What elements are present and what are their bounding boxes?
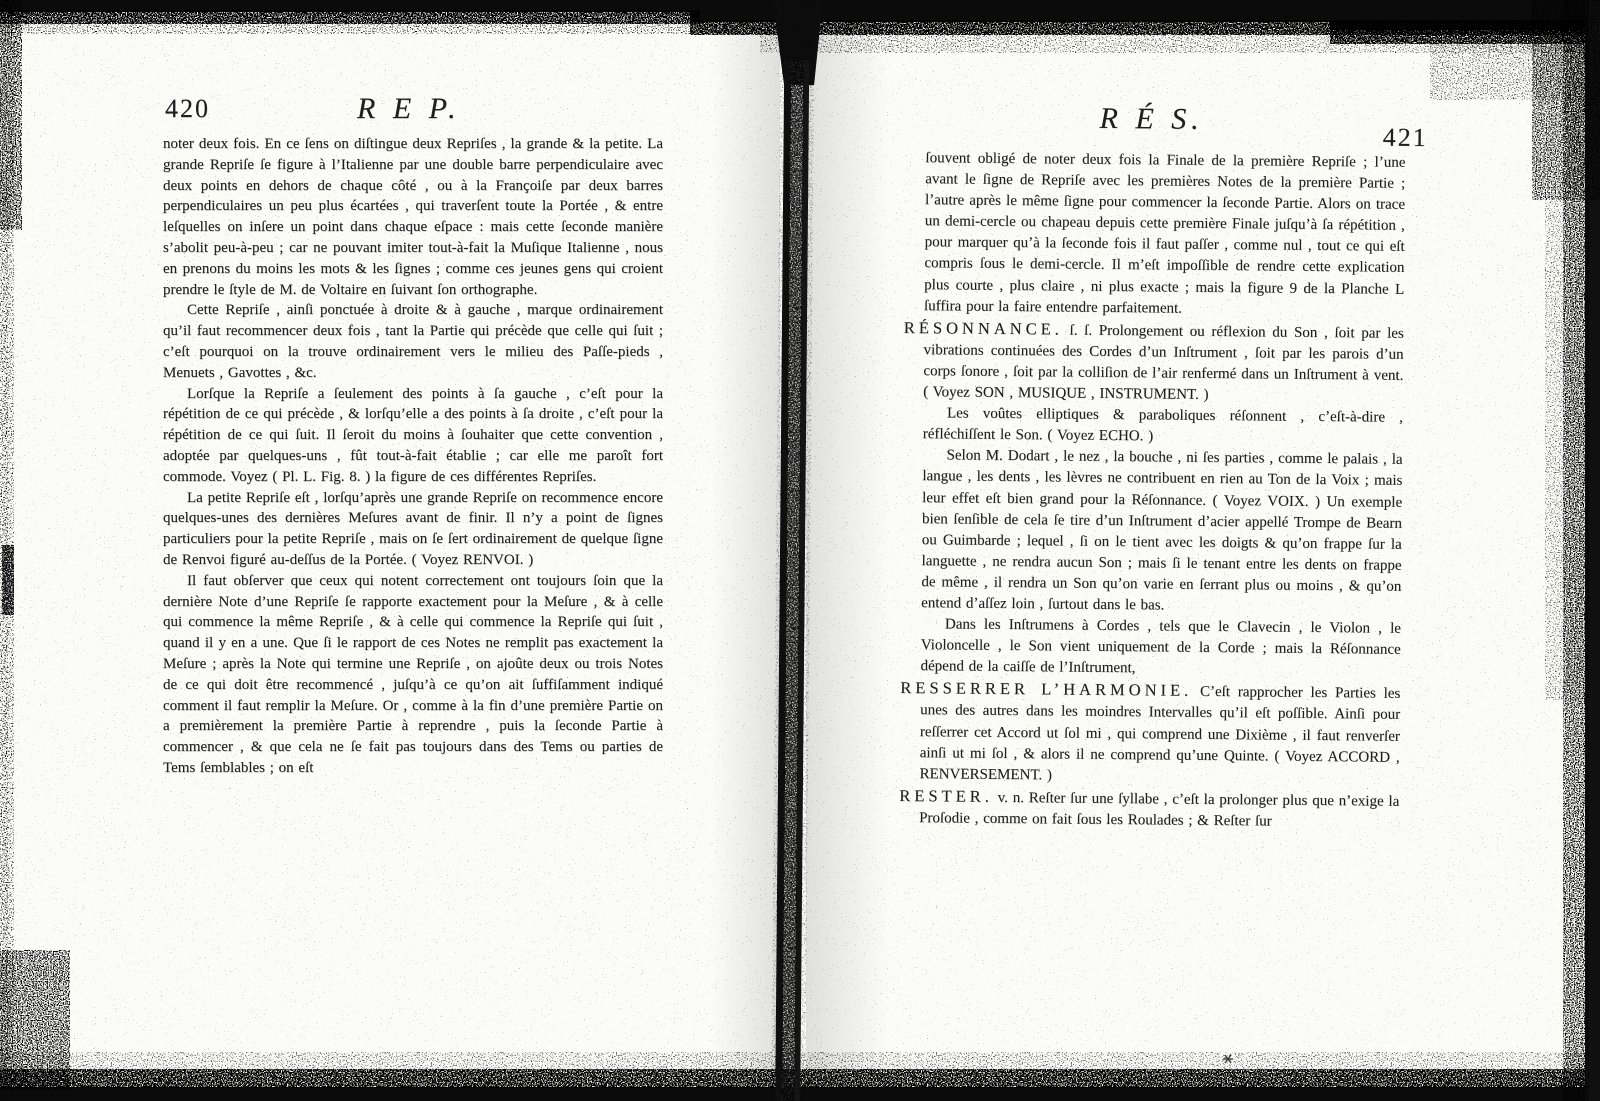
left-page: 420 R E P. noter deux fois. En ce ſens o… [163, 92, 663, 779]
entry-rester: RESTER. v. n. Reſter ſur une ſyllabe , c… [919, 785, 1399, 834]
top-border [0, 0, 1600, 100]
left-page-number: 420 [165, 94, 210, 124]
paragraph-reprise-2: Cette Repriſe , ainſi ponctuée à droite … [163, 300, 663, 383]
paragraph-reprise-4: La petite Repriſe eſt , lorſqu’après une… [163, 488, 663, 571]
entry-resserrer-lharmonie: RESSERRER L’HARMONIE. C’eſt rapprocher l… [919, 678, 1400, 790]
entry-resonnance: RÉSONNANCE. ſ. ſ. Prolongement ou réflex… [923, 317, 1404, 408]
left-text-column: noter deux fois. En ce ſens on diſtingue… [163, 134, 663, 779]
right-running-title: R É S. [1099, 102, 1203, 137]
entry-headword: RESSERRER L’HARMONIE. [900, 678, 1192, 700]
right-page-header: R É S. 421 [906, 100, 1406, 153]
ink-smudge-mark [1223, 1055, 1233, 1063]
right-page: R É S. 421 ſouvent obligé de noter deux … [899, 100, 1406, 834]
paragraph-reprise-continuation: ſouvent obligé de noter deux fois la Fin… [924, 148, 1406, 321]
paragraph-resonnance-3: Selon M. Dodart , le nez , la bouche , n… [921, 445, 1403, 618]
left-running-title: R E P. [357, 92, 461, 126]
book-scan: 420 R E P. noter deux fois. En ce ſens o… [0, 0, 1600, 1101]
right-border [1532, 0, 1600, 1101]
right-text-column: ſouvent obligé de noter deux fois la Fin… [899, 148, 1406, 834]
left-page-header: 420 R E P. [163, 92, 663, 134]
paragraph-resonnance-2: Les voûtes elliptiques & paraboliques ré… [923, 403, 1403, 450]
entry-headword: RÉSONNANCE. [904, 318, 1063, 339]
paragraph-reprise-5: Il faut obſerver que ceux qui notent cor… [163, 571, 663, 779]
gutter-shadow-left [712, 0, 780, 1101]
bottom-border [0, 950, 1600, 1101]
entry-headword: RESTER. [899, 786, 993, 806]
gutter-shadow-right [806, 0, 888, 1101]
paragraph-reprise-3: Lorſque la Repriſe a ſeulement des point… [163, 384, 663, 488]
left-border [0, 0, 22, 1101]
paragraph-reprise-1: noter deux fois. En ce ſens on diſtingue… [163, 134, 663, 300]
right-page-number: 421 [1383, 123, 1428, 153]
paragraph-resonnance-4: Dans les Inſtrumens à Cordes , tels que … [920, 614, 1401, 682]
